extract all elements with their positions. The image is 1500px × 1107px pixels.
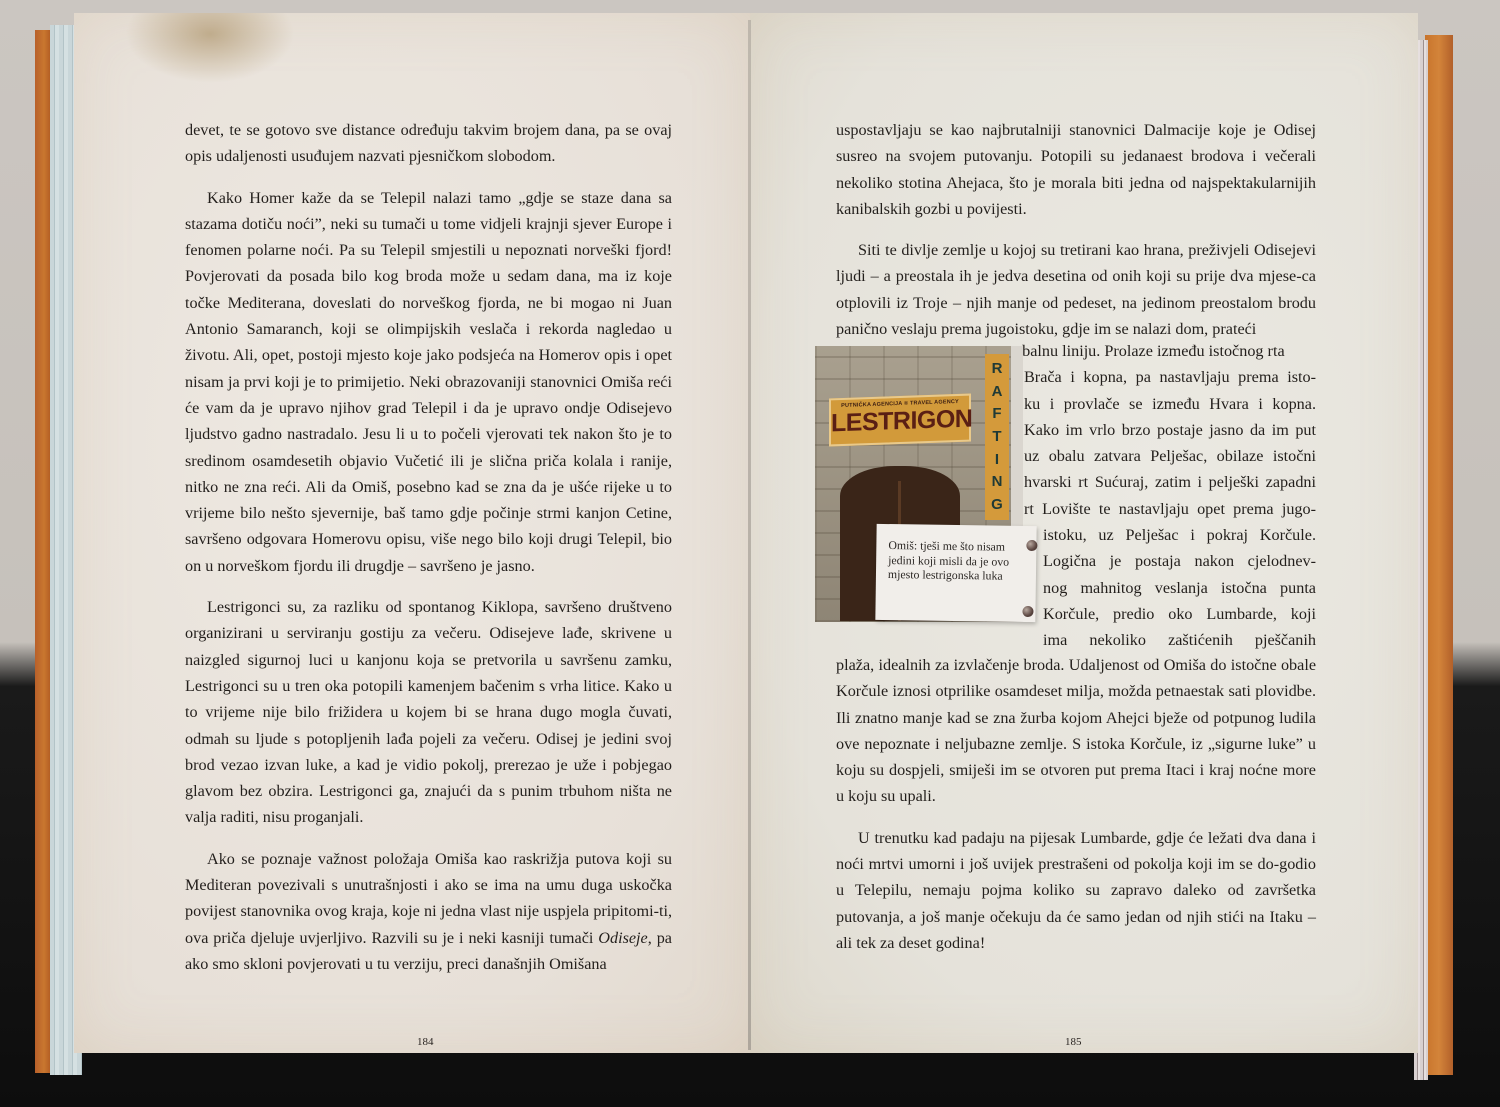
paragraph: uspostavljaju se kao najbrutalniji stano… xyxy=(836,117,1316,222)
photo-caption-card: Omiš: tješi me što nisam jedini koji mis… xyxy=(875,524,1036,622)
sign-letter: F xyxy=(992,406,1001,422)
rafting-vertical-sign: R A F T I N G xyxy=(985,354,1009,520)
page-number-left: 184 xyxy=(417,1036,434,1048)
paragraph: Siti te divlje zemlje u kojoj su tretira… xyxy=(836,237,1316,342)
sign-letter: A xyxy=(992,384,1003,400)
paragraph: U trenutku kad padaju na pijesak Lumbard… xyxy=(836,825,1316,956)
lestrigon-sign: PUTNIČKA AGENCIJA ® TRAVEL AGENCY LESTRI… xyxy=(829,394,971,447)
right-page-body-bottom: plaža, idealnih za izvlačenje broda. Uda… xyxy=(836,652,1316,971)
decorative-texture xyxy=(125,13,295,83)
right-cover-edge xyxy=(1425,35,1453,1075)
photo-caption: Omiš: tješi me što nisam jedini koji mis… xyxy=(888,538,1029,583)
paragraph: Lestrigonci su, za razliku od spontanog … xyxy=(185,594,672,831)
sign-letter: I xyxy=(995,452,999,468)
sign-title: LESTRIGON xyxy=(831,405,969,438)
book-gutter xyxy=(748,20,751,1050)
pushpin-icon xyxy=(1022,606,1033,617)
paragraph: Ako se poznaje važnost položaja Omiša ka… xyxy=(185,846,672,977)
sign-letter: T xyxy=(992,429,1001,445)
page-number-right: 185 xyxy=(1065,1036,1082,1048)
left-page-body: devet, te se gotovo sve distance određuj… xyxy=(185,117,672,992)
sign-letter: G xyxy=(991,497,1003,513)
right-page-body-top: uspostavljaju se kao najbrutalniji stano… xyxy=(836,117,1316,357)
paragraph: plaža, idealnih za izvlačenje broda. Uda… xyxy=(836,652,1316,810)
pushpin-icon xyxy=(1026,540,1037,551)
paragraph: Kako Homer kaže da se Telepil nalazi tam… xyxy=(185,185,672,579)
wrapped-line: ima nekoliko zaštićenih pješčanih xyxy=(836,627,1316,653)
open-book: devet, te se gotovo sve distance određuj… xyxy=(0,0,1500,1107)
sign-letter: N xyxy=(992,474,1003,490)
paragraph: devet, te se gotovo sve distance određuj… xyxy=(185,117,672,170)
wall-pillar xyxy=(1011,346,1023,526)
sign-letter: R xyxy=(992,361,1003,377)
book-title-italic: Odiseje xyxy=(598,929,647,947)
